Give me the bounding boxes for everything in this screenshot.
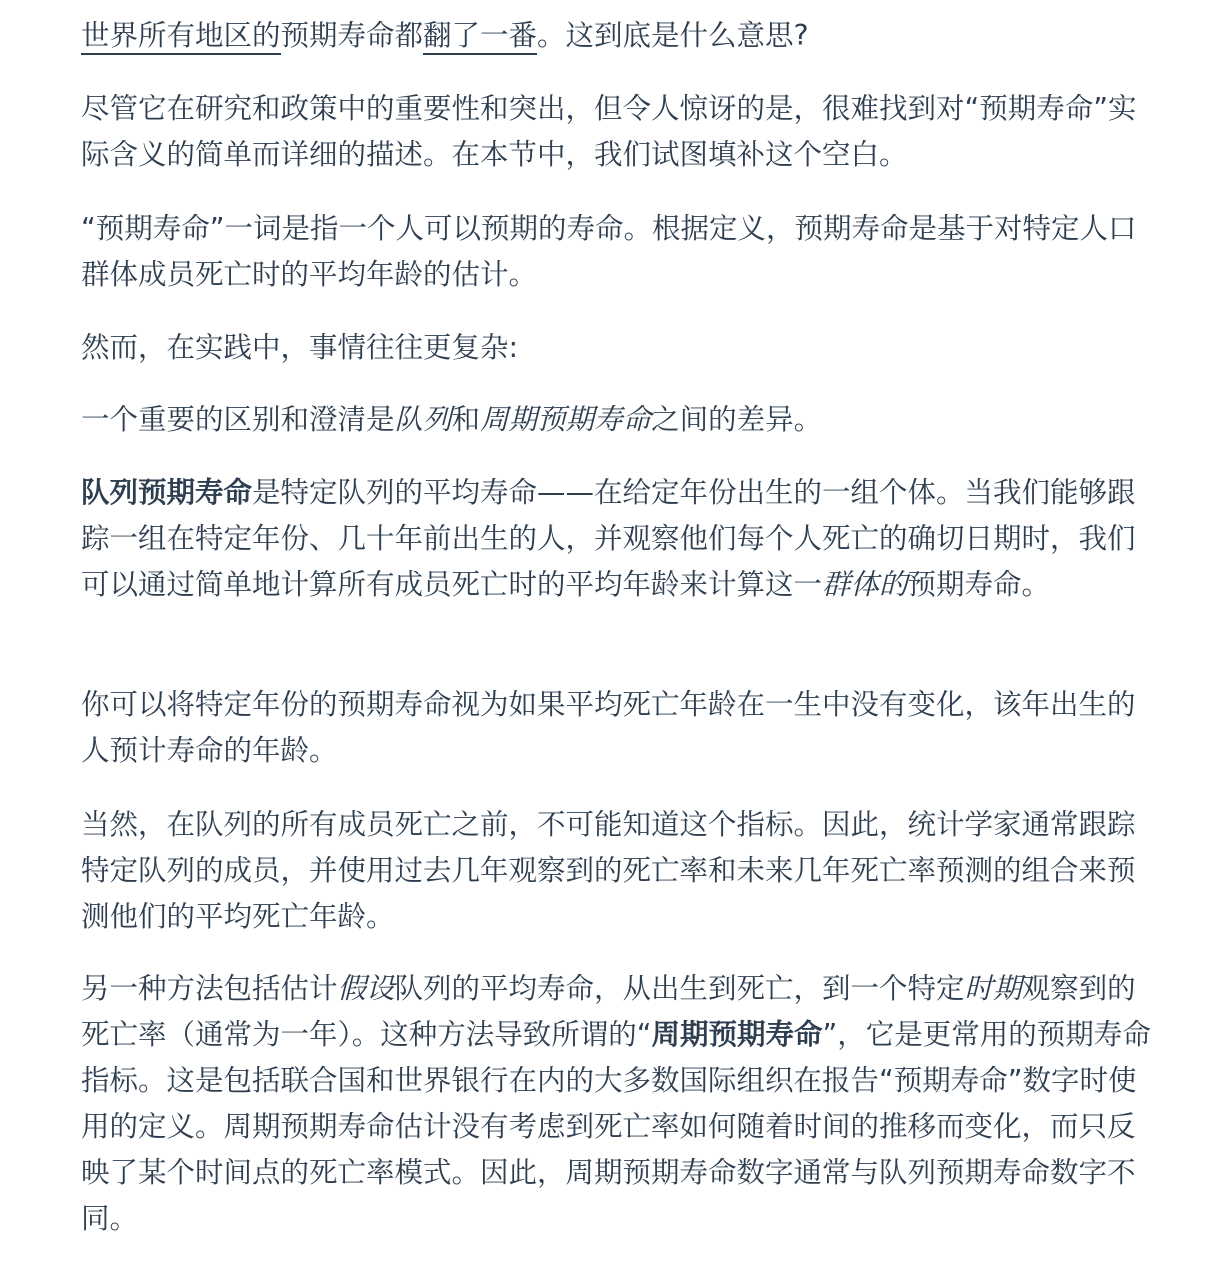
emphasis-period: 时期 <box>965 972 1022 1005</box>
text: 队列的平均寿命，从出生到死亡，到一个特定 <box>395 972 965 1005</box>
text: 预期寿命都 <box>281 19 424 52</box>
text: 预期寿命。 <box>908 568 1051 601</box>
paragraph-statisticians: 当然，在队列的所有成员死亡之前，不可能知道这个指标。因此，统计学家通常跟踪特定队… <box>81 802 1151 940</box>
paragraph-definition: “预期寿命”一词是指一个人可以预期的寿命。根据定义，预期寿命是基于对特定人口群体… <box>81 206 1151 298</box>
emphasis-cohort: 队列 <box>395 403 452 436</box>
text: 和 <box>452 403 481 436</box>
intro-heading-paragraph: 世界所有地区的预期寿命都翻了一番。这到底是什么意思? <box>81 13 809 59</box>
emphasis-group: 群体的 <box>822 568 908 601</box>
term-period-life-expectancy: 周期预期寿命 <box>652 1018 823 1051</box>
link-all-regions[interactable]: 世界所有地区的 <box>81 19 281 55</box>
emphasis-period-life-expectancy: 周期预期寿命 <box>480 403 651 436</box>
text: 另一种方法包括估计 <box>81 972 338 1005</box>
paragraph-importance: 尽管它在研究和政策中的重要性和突出，但令人惊讶的是，很难找到对“预期寿命”实际含… <box>81 86 1151 178</box>
emphasis-hypothetical: 假设 <box>338 972 395 1005</box>
paragraph-interpretation: 你可以将特定年份的预期寿命视为如果平均死亡年龄在一生中没有变化，该年出生的人预计… <box>81 682 1151 774</box>
paragraph-period-life-expectancy: 另一种方法包括估计假设队列的平均寿命，从出生到死亡，到一个特定时期观察到的死亡率… <box>81 966 1151 1242</box>
text: 。这到底是什么意思? <box>537 19 809 52</box>
term-cohort-life-expectancy: 队列预期寿命 <box>81 476 252 509</box>
text: 之间的差异。 <box>651 403 822 436</box>
paragraph-cohort-life-expectancy: 队列预期寿命是特定队列的平均寿命——在给定年份出生的一组个体。当我们能够跟踪一组… <box>81 470 1151 608</box>
link-doubled[interactable]: 翻了一番 <box>423 19 537 55</box>
text: 一个重要的区别和澄清是 <box>81 403 395 436</box>
paragraph-complexity: 然而，在实践中，事情往往更复杂: <box>81 325 518 371</box>
paragraph-distinction: 一个重要的区别和澄清是队列和周期预期寿命之间的差异。 <box>81 397 822 443</box>
